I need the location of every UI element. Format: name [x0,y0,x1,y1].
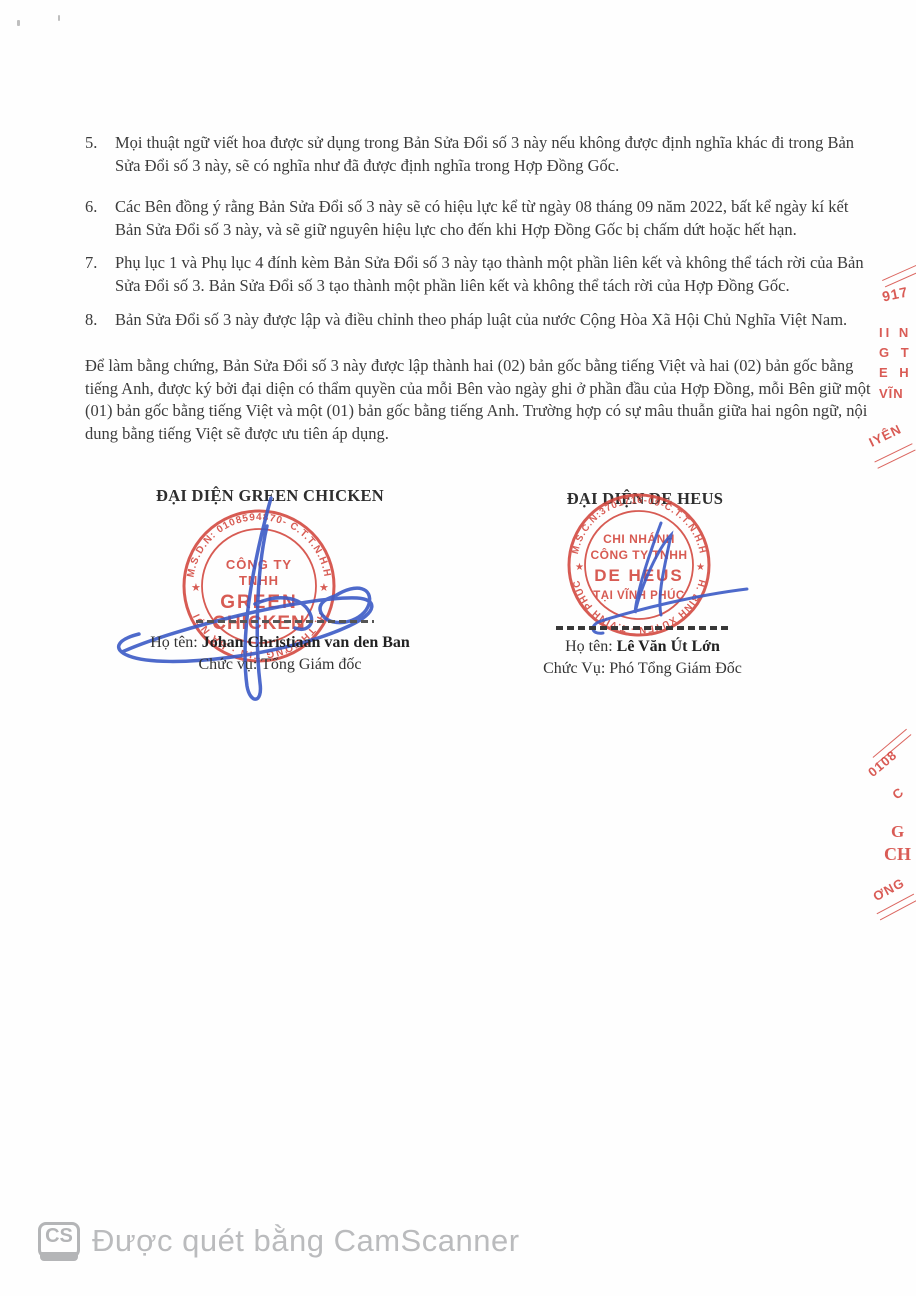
left-signer-block: Họ tên: Johan Christiaan van den Ban Chứ… [115,632,445,676]
right-handwritten-signature [575,495,765,645]
edge-stamp-letter: C [889,785,906,803]
edge-stamp-text: VĨN [879,386,904,401]
edge-stamp-number: 0108 [865,747,900,780]
clause-7: 7. Phụ lục 1 và Phụ lục 4 đính kèm Bản S… [85,251,880,297]
right-signature-line [556,626,728,630]
left-handwritten-signature [105,478,395,723]
edge-stamp-text: E H [879,365,913,380]
left-signature-line [196,620,374,623]
clause-text: Các Bên đồng ý rằng Bản Sửa Đổi số 3 này… [115,195,880,241]
edge-stamp-text: G T [879,345,913,360]
left-signer-name-line: Họ tên: Johan Christiaan van den Ban [115,632,445,654]
clause-text: Bản Sửa Đổi số 3 này được lập và điều ch… [115,308,880,331]
signer-name: Lê Văn Út Lớn [617,638,720,655]
camscanner-caption: Được quét bằng CamScanner [92,1223,520,1259]
edge-stamp-letter: G [891,822,904,842]
name-label: Họ tên: [565,638,617,655]
closing-paragraph: Để làm bằng chứng, Bản Sửa Đổi số 3 này … [85,355,880,445]
right-signer-title-line: Chức Vụ: Phó Tổng Giám Đốc [520,658,765,680]
clause-number: 5. [85,131,115,177]
scan-speck [58,15,60,21]
clause-text: Phụ lục 1 và Phụ lục 4 đính kèm Bản Sửa … [115,251,880,297]
clause-text: Mọi thuật ngữ viết hoa được sử dụng tron… [115,131,880,177]
clause-number: 8. [85,308,115,331]
clause-number: 6. [85,195,115,241]
camscanner-logo-letters: CS [38,1225,80,1248]
camscanner-logo-icon: CS [38,1222,80,1262]
edge-stamp-letters: CH [884,844,911,865]
scanned-contract-page: { "document": { "items": [ {"number": "5… [0,0,916,1296]
clause-number: 7. [85,251,115,297]
clause-5: 5. Mọi thuật ngữ viết hoa được sử dụng t… [85,131,880,177]
name-label: Họ tên: [150,634,202,651]
left-signer-title-line: Chức vụ: Tổng Giám đốc [115,654,445,676]
scan-speck [17,20,20,26]
clause-6: 6. Các Bên đồng ý rằng Bản Sửa Đổi số 3 … [85,195,880,241]
edge-stamp-lines [874,443,915,469]
clause-8: 8. Bản Sửa Đổi số 3 này được lập và điều… [85,308,880,331]
camscanner-logo-bar [40,1252,78,1261]
right-signer-block: Họ tên: Lê Văn Út Lớn Chức Vụ: Phó Tổng … [520,636,765,680]
signer-name: Johan Christiaan van den Ban [202,634,410,651]
right-signer-name-line: Họ tên: Lê Văn Út Lớn [520,636,765,658]
edge-stamp-text: II N [879,325,911,340]
